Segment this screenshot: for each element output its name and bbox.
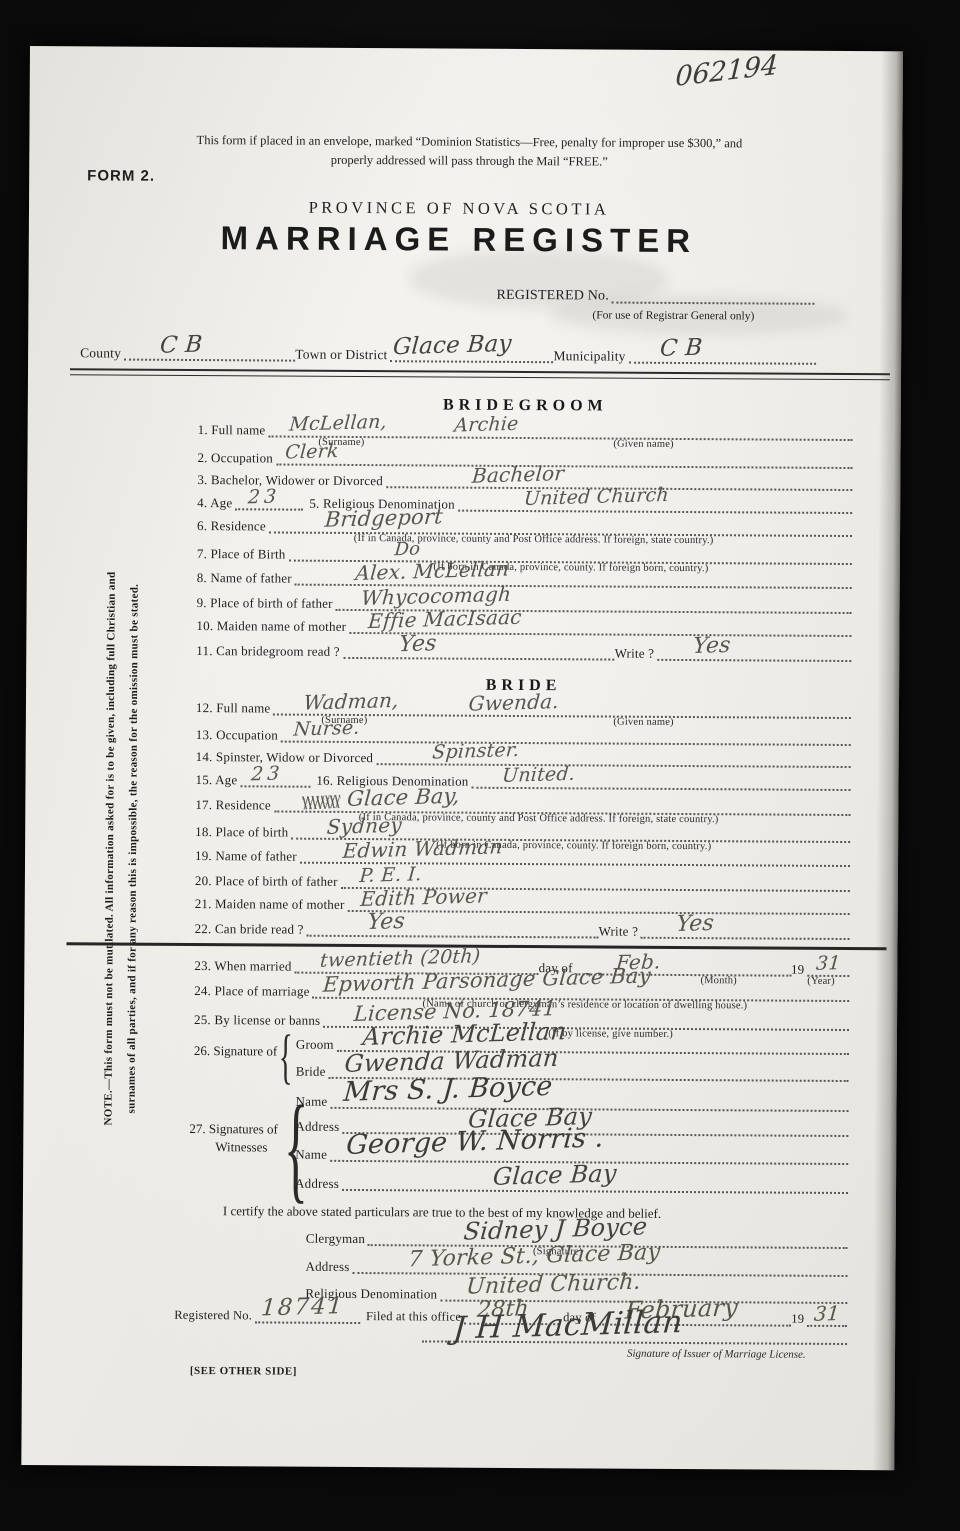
- province-heading: PROVINCE OF NOVA SCOTIA: [169, 197, 749, 221]
- g-status-value: Bachelor: [471, 463, 565, 486]
- g-birthplace-value: Do: [393, 540, 420, 559]
- when-married-label: 23. When married: [194, 958, 294, 974]
- g-write-label: Write ?: [615, 646, 658, 661]
- b-write-value: Yes: [676, 913, 715, 936]
- filed-year-value: 31: [813, 1303, 840, 1324]
- see-other-side-note: [SEE OTHER SIDE]: [190, 1365, 297, 1378]
- b-read-field: Yes: [307, 920, 599, 939]
- b-father-birthplace-value: P. E. I.: [359, 865, 423, 886]
- mailing-notice: This form if placed in an envelope, mark…: [159, 131, 779, 173]
- b-religion-field: United.: [471, 772, 850, 791]
- g-write-field: Yes: [657, 644, 851, 662]
- b-fullname-label: 12. Full name: [196, 700, 274, 715]
- b-mother-value: Edith Power: [359, 885, 487, 909]
- b-father-value: Edwin Wadman: [342, 836, 503, 861]
- b-occupation-value: Nurse.: [293, 719, 361, 740]
- year-value: 31: [815, 954, 841, 974]
- municipality-field: C B: [629, 347, 817, 365]
- filed-registered-value: 18741: [260, 1295, 345, 1320]
- witnesses-label-1: 27. Signatures of: [189, 1121, 278, 1138]
- county-value: C B: [159, 334, 203, 358]
- g-mother-value: Effie MacIsaac: [367, 607, 522, 631]
- witness2-address: Glace Bay: [492, 1161, 618, 1189]
- filed-registered-label: Registered No.: [174, 1308, 255, 1323]
- g-given-value: Archie: [453, 415, 519, 436]
- registered-no-label: REGISTERED No.: [496, 288, 612, 304]
- g-religion-value: United Church: [523, 486, 669, 509]
- g-fullname-field: McLellan, Archie (Surname) (Given name): [268, 420, 852, 441]
- g-age-field: 23: [235, 493, 303, 510]
- issuer-signature: J H MacMillan: [452, 1307, 684, 1345]
- issuer-signature-field: J H MacMillan: [422, 1325, 847, 1345]
- margin-note-line2: surnames of all parties, and if for any …: [120, 513, 147, 1185]
- mailing-notice-line2: properly addressed will pass through the…: [159, 150, 779, 173]
- b-residence-value: Glace Bay,: [346, 786, 460, 810]
- g-occupation-label: 2. Occupation: [197, 450, 276, 465]
- registrar-note: (For use of Registrar General only): [528, 309, 818, 323]
- g-residence-label: 6. Residence: [197, 518, 269, 533]
- clergyman-label: Clergyman: [306, 1231, 368, 1246]
- b-status-label: 14. Spinster, Widow or Divorced: [196, 749, 377, 765]
- double-rule: [70, 368, 890, 380]
- clergyman-address: 7 Yorke St., Glace Bay: [408, 1242, 661, 1271]
- town-label: Town or District: [295, 347, 390, 363]
- b-status-field: Spinster.: [376, 748, 851, 768]
- issuer-signature-caption: Signature of Issuer of Marriage License.: [627, 1348, 806, 1361]
- when-married-value: twentieth (20th): [320, 947, 482, 971]
- brace-26: {: [279, 1026, 293, 1087]
- g-mother-label: 10. Maiden name of mother: [196, 618, 349, 634]
- g-father-value: Alex. McLellan: [355, 559, 510, 583]
- clergyman-religion: United Church.: [465, 1272, 641, 1299]
- b-mother-field: Edith Power: [347, 895, 849, 915]
- town-value: Glace Bay: [392, 333, 512, 359]
- witnesses-label-2: Witnesses: [215, 1139, 267, 1155]
- witness1-address-label: Address: [295, 1119, 342, 1134]
- g-age-value: 23: [247, 487, 281, 507]
- g-father-birthplace-label: 9. Place of birth of father: [197, 595, 336, 611]
- g-birthplace-label: 7. Place of Birth: [197, 546, 289, 562]
- stamp-number: 062194: [675, 52, 779, 91]
- year-prefix: 19: [791, 962, 807, 977]
- clergyman-address-label: Address: [306, 1259, 353, 1274]
- b-write-label: Write ?: [599, 923, 642, 938]
- witness2-address-label: Address: [295, 1176, 342, 1191]
- b-read-label: 22. Can bride read ?: [195, 921, 307, 937]
- b-religion-value: United.: [502, 765, 576, 786]
- scratched-out-word: [302, 795, 341, 810]
- clergyman-signature: Sidney J Boyce: [463, 1214, 648, 1243]
- registered-no-blank: [612, 287, 815, 305]
- b-birthplace-value: Sydney: [326, 815, 403, 837]
- b-age-value: 23: [250, 764, 284, 784]
- g-residence-field: Bridgeport (If in Canada, province, coun…: [269, 516, 852, 537]
- g-read-label: 11. Can bridegroom read ?: [196, 643, 343, 659]
- county-label: County: [80, 345, 124, 360]
- witness2-name-label: Name: [295, 1147, 330, 1162]
- g-father-label: 8. Name of father: [197, 570, 295, 586]
- margin-note: NOTE.—This form must not be mutilated. A…: [97, 512, 151, 1184]
- filed-registered-field: 18741: [255, 1306, 360, 1324]
- scanned-marriage-register-page: 062194 This form if placed in an envelop…: [21, 46, 903, 1470]
- g-religion-field: United Church: [458, 495, 852, 514]
- witness2-name: George W. Norris .: [345, 1124, 605, 1158]
- county-field: C B: [124, 344, 295, 362]
- year-field: 31 (Year): [807, 960, 849, 977]
- g-read-field: Yes: [343, 642, 615, 661]
- g-occupation-value: Clerk: [284, 442, 339, 463]
- g-write-value: Yes: [692, 635, 731, 658]
- witness1-name: Mrs S. J. Boyce: [342, 1073, 553, 1106]
- b-status-value: Spinster.: [431, 741, 519, 763]
- b-age-label: 15. Age: [195, 772, 240, 787]
- g-age-label: 4. Age: [197, 495, 235, 510]
- b-mother-label: 21. Maiden name of mother: [195, 896, 348, 912]
- g-fullname-label: 1. Full name: [198, 422, 269, 437]
- b-father-birthplace-label: 20. Place of birth of father: [195, 873, 341, 889]
- b-father-label: 19. Name of father: [195, 848, 300, 864]
- place-of-marriage-field: Epworth Parsonage Glace Bay (Name of chu…: [313, 982, 850, 1002]
- g-read-value: Yes: [398, 633, 437, 656]
- g-residence-value: Bridgeport: [324, 506, 444, 530]
- license-label: 25. By license or banns: [194, 1012, 323, 1028]
- mailing-notice-line1: This form if placed in an envelope, mark…: [159, 131, 779, 154]
- b-birthplace-label: 18. Place of birth: [195, 824, 291, 840]
- groom-label: Groom: [296, 1037, 337, 1052]
- page-title: MARRIAGE REGISTER: [139, 219, 779, 261]
- b-read-value: Yes: [367, 911, 406, 934]
- b-given-value: Gwenda.: [468, 691, 560, 714]
- witness1-name-label: Name: [296, 1094, 331, 1109]
- witness2-address-field: Glace Bay: [342, 1174, 848, 1194]
- b-surname-value: Wadman,: [303, 690, 400, 713]
- b-write-field: Yes: [641, 922, 850, 940]
- municipality-label: Municipality: [553, 348, 628, 363]
- place-of-marriage-label: 24. Place of marriage: [194, 983, 312, 999]
- b-residence-label: 17. Residence: [195, 797, 274, 812]
- g-surname-value: McLellan,: [288, 413, 387, 435]
- town-field: Glace Bay: [390, 345, 553, 363]
- signature-of-label: 26. Signature of: [194, 1043, 278, 1060]
- g-father-birthplace-value: Whycocomagh: [361, 584, 512, 608]
- g-status-label: 3. Bachelor, Widower or Divorced: [197, 472, 386, 488]
- form-number-label: FORM 2.: [87, 167, 155, 184]
- b-occupation-label: 13. Occupation: [196, 727, 281, 743]
- municipality-value: C B: [659, 337, 703, 361]
- bride-label: Bride: [296, 1064, 329, 1079]
- b-age-field: 23: [240, 770, 310, 787]
